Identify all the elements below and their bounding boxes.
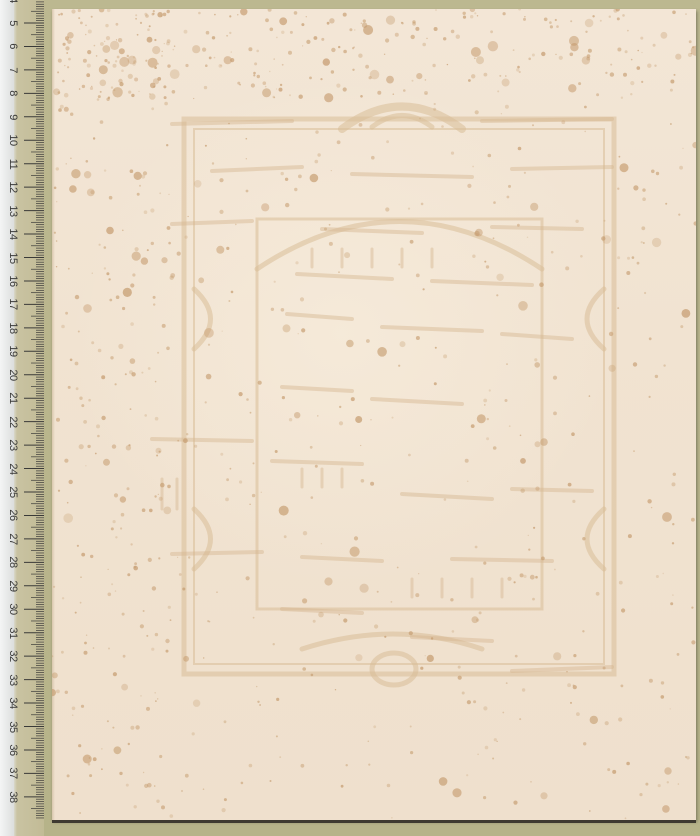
ruler-number: 35 — [6, 717, 20, 737]
paper-sheet — [52, 9, 696, 820]
foxing-stains — [52, 9, 696, 820]
ruler-number: 30 — [6, 599, 20, 619]
ruler-number: 9 — [6, 107, 20, 127]
ruler-number: 28 — [6, 552, 20, 572]
ruler-number: 6 — [6, 36, 20, 56]
ruler-number: 26 — [6, 505, 20, 525]
measuring-ruler: 4567891011121314151617181920212223242526… — [0, 0, 44, 836]
ruler-number: 8 — [6, 83, 20, 103]
ruler-number: 10 — [6, 130, 20, 150]
ruler-number: 15 — [6, 248, 20, 268]
ruler-number: 20 — [6, 365, 20, 385]
ruler-number: 19 — [6, 341, 20, 361]
ruler-number: 34 — [6, 693, 20, 713]
ruler-number: 17 — [6, 294, 20, 314]
ruler-number: 18 — [6, 318, 20, 338]
ruler-number: 33 — [6, 670, 20, 690]
ruler-number: 24 — [6, 459, 20, 479]
ruler-number: 29 — [6, 576, 20, 596]
ruler-number: 21 — [6, 388, 20, 408]
ruler-number: 11 — [6, 154, 20, 174]
ruler-number: 25 — [6, 482, 20, 502]
ruler-number: 7 — [6, 60, 20, 80]
ruler-number: 22 — [6, 412, 20, 432]
ruler-number: 5 — [6, 13, 20, 33]
ruler-number: 37 — [6, 763, 20, 783]
ruler-number: 32 — [6, 646, 20, 666]
ruler-number: 14 — [6, 224, 20, 244]
ruler-number: 12 — [6, 177, 20, 197]
ruler-number: 16 — [6, 271, 20, 291]
ruler-number: 23 — [6, 435, 20, 455]
ruler-number: 31 — [6, 623, 20, 643]
ruler-number: 36 — [6, 740, 20, 760]
ruler-number: 38 — [6, 787, 20, 807]
ruler-number: 13 — [6, 201, 20, 221]
ruler-number: 4 — [6, 0, 20, 10]
ruler-number: 27 — [6, 529, 20, 549]
